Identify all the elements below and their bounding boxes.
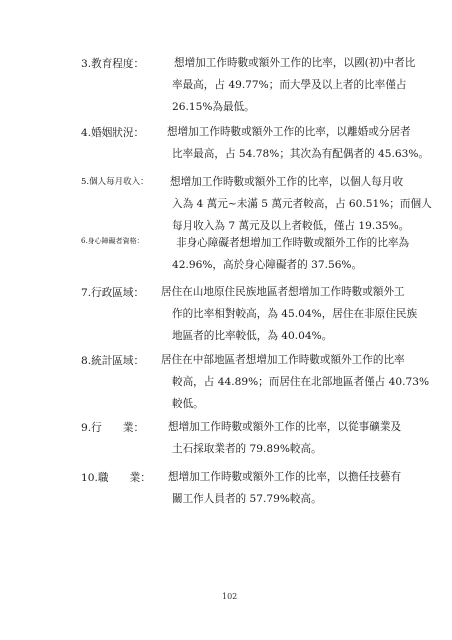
item-label: 3.教育程度： [81, 56, 144, 71]
item-text-line: 想增加工作時數或額外工作的比率，以擔任技藝有 [168, 470, 401, 484]
item-text-line: 非身心障礙者想增加工作時數或額外工作的比率為 [176, 236, 409, 250]
item-text-line: 土石採取業者的 79.89%較高。 [172, 442, 322, 456]
item-text-line: 關工作人員者的 57.79%較高。 [172, 492, 322, 506]
item-label: 8.統計區域： [81, 353, 144, 368]
item-text-line: 想增加工作時數或額外工作的比率，以從事礦業及 [168, 420, 401, 434]
item-text-line: 較低。 [172, 397, 204, 411]
item-text-line: 作的比率相對較高，為 45.04%，居住在非原住民族 [172, 307, 417, 321]
item-label: 6.身心障礙者資格： [81, 236, 144, 246]
item-label: 4.婚姻狀況： [81, 125, 144, 140]
item-label: 10.職 業： [81, 470, 151, 485]
item-text-line: 想增加工作時數或額外工作的比率，以國(初)中者比 [174, 56, 415, 70]
item-text-line: 居住在中部地區者想增加工作時數或額外工作的比率 [161, 353, 405, 367]
item-text-line: 入為 4 萬元~未滿 5 萬元者較高，占 60.51%；而個人 [172, 197, 432, 211]
item-label: 5.個人每月收入： [81, 175, 149, 187]
page-number: 102 [222, 592, 237, 601]
item-label: 7.行政區域： [81, 285, 144, 300]
item-text-line: 每月收入為 7 萬元及以上者較低，僅占 19.35%。 [172, 219, 409, 233]
item-text-line: 想增加工作時數或額外工作的比率，以離婚或分居者 [167, 125, 411, 139]
item-label: 9.行 業： [81, 420, 144, 435]
item-text-line: 想增加工作時數或額外工作的比率，以個人每月收 [170, 175, 403, 189]
item-text-line: 26.15%為最低。 [172, 100, 255, 114]
item-text-line: 42.96%，高於身心障礙者的 37.56%。 [172, 258, 362, 272]
item-text-line: 率最高，占 49.77%；而大學及以上者的比率僅占 [172, 78, 406, 92]
item-text-line: 地區者的比率較低，為 40.04%。 [172, 329, 332, 343]
item-text-line: 比率最高，占 54.78%；其次為有配偶者的 45.63%。 [172, 147, 429, 161]
item-text-line: 較高，占 44.89%；而居住在北部地區者僅占 40.73% [172, 375, 429, 389]
item-text-line: 居住在山地原住民族地區者想增加工作時數或額外工 [161, 285, 405, 299]
